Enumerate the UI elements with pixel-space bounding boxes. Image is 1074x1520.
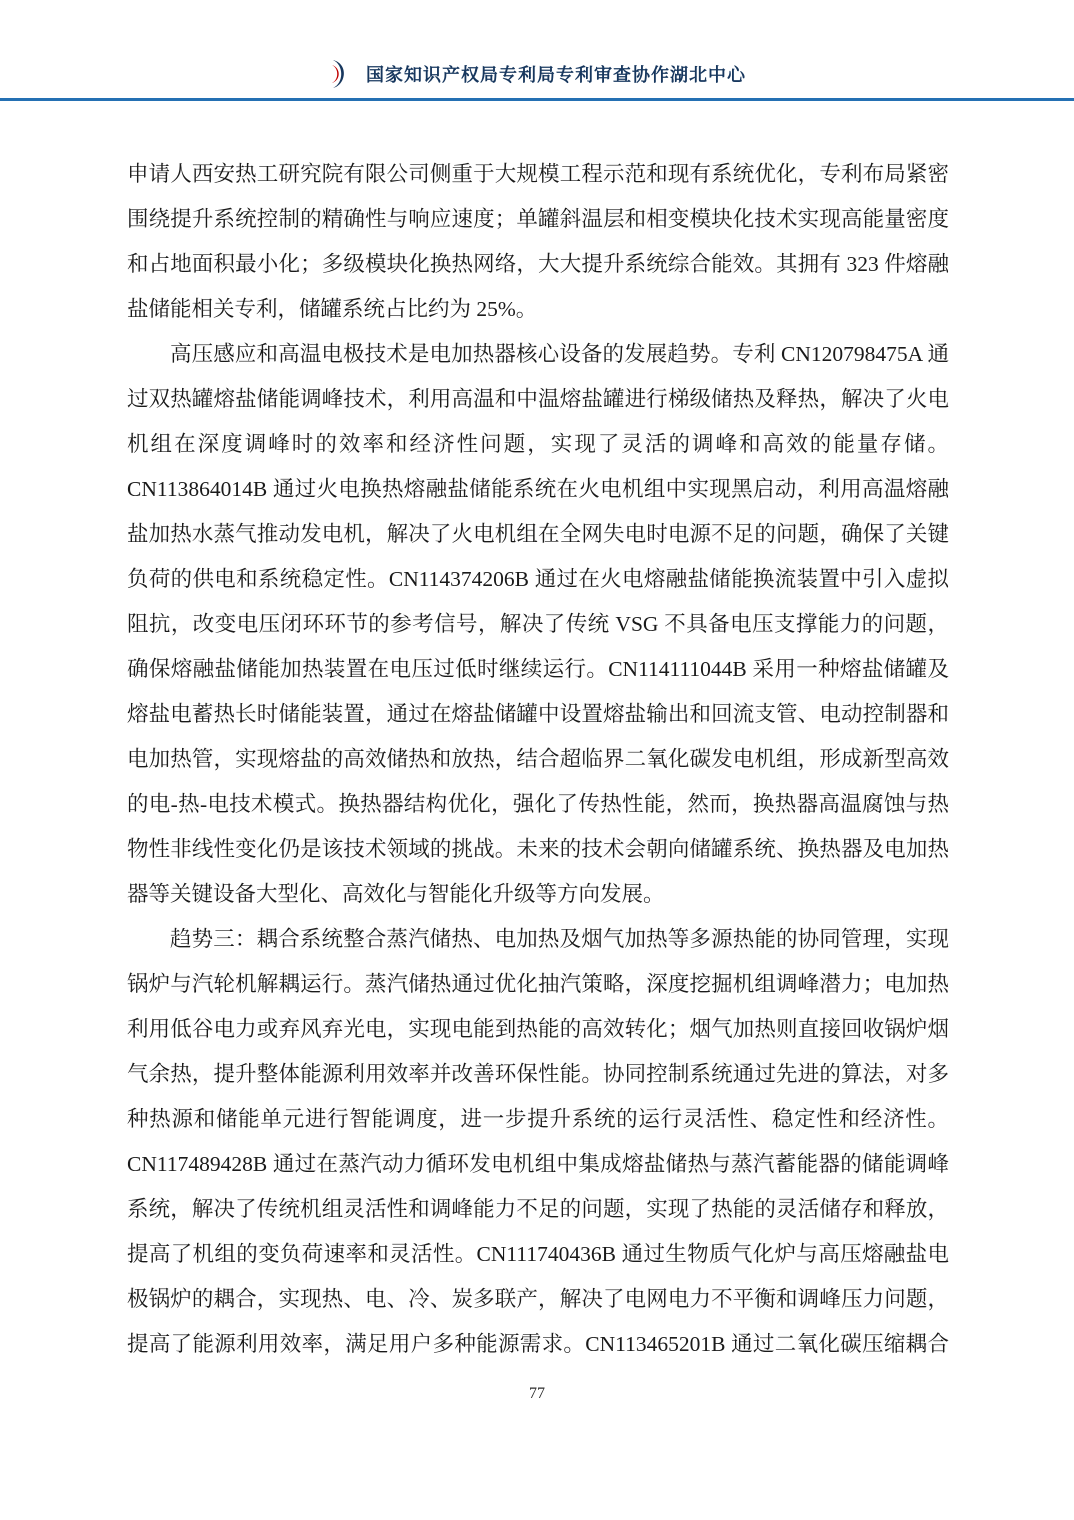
document-page: 国家知识产权局专利局专利审查协作湖北中心 申请人西安热工研究院有限公司侧重于大规…	[0, 0, 1074, 1520]
text-line: 申请人西安热工研究院有限公司侧重于大规模工程示范和现有系统优化，专利布局紧密	[127, 152, 949, 197]
text-line: 负荷的供电和系统稳定性。CN114374206B 通过在火电熔融盐储能换流装置中…	[127, 557, 949, 602]
text-line: 围绕提升系统控制的精确性与响应速度；单罐斜温层和相变模块化技术实现高能量密度	[127, 197, 949, 242]
text-line: 过双热罐熔盐储能调峰技术，利用高温和中温熔盐罐进行梯级储热及释热，解决了火电	[127, 377, 949, 422]
text-line: 提高了机组的变负荷速率和灵活性。CN111740436B 通过生物质气化炉与高压…	[127, 1232, 949, 1277]
page-number: 77	[529, 1385, 545, 1402]
header-divider-rule	[0, 98, 1074, 101]
header-org-name: 国家知识产权局专利局专利审查协作湖北中心	[366, 61, 746, 87]
text-line: 盐加热水蒸气推动发电机，解决了火电机组在全网失电时电源不足的问题，确保了关键	[127, 512, 949, 557]
text-line: 机组在深度调峰时的效率和经济性问题，实现了灵活的调峰和高效的能量存储。	[127, 422, 949, 467]
text-line: 阻抗，改变电压闭环环节的参考信号，解决了传统 VSG 不具备电压支撑能力的问题，	[127, 602, 949, 647]
text-line: 盐储能相关专利，储罐系统占比约为 25%。	[127, 287, 949, 332]
text-line: 锅炉与汽轮机解耦运行。蒸汽储热通过优化抽汽策略，深度挖掘机组调峰潜力；电加热	[127, 962, 949, 1007]
text-line: 利用低谷电力或弃风弃光电，实现电能到热能的高效转化；烟气加热则直接回收锅炉烟	[127, 1007, 949, 1052]
text-line: 确保熔融盐储能加热装置在电压过低时继续运行。CN114111044B 采用一种熔…	[127, 647, 949, 692]
text-line: CN113864014B 通过火电换热熔融盐储能系统在火电机组中实现黑启动，利用…	[127, 467, 949, 512]
cnipa-swoosh-logo-icon	[328, 59, 350, 89]
paragraph: 高压感应和高温电极技术是电加热器核心设备的发展趋势。专利 CN120798475…	[127, 332, 949, 917]
text-line: 系统，解决了传统机组灵活性和调峰能力不足的问题，实现了热能的灵活储存和释放，	[127, 1187, 949, 1232]
text-line: 物性非线性变化仍是该技术领域的挑战。未来的技术会朝向储罐系统、换热器及电加热	[127, 827, 949, 872]
text-line: 的电-热-电技术模式。换热器结构优化，强化了传热性能，然而，换热器高温腐蚀与热	[127, 782, 949, 827]
paragraph: 申请人西安热工研究院有限公司侧重于大规模工程示范和现有系统优化，专利布局紧密围绕…	[127, 152, 949, 332]
text-line: 气余热，提升整体能源利用效率并改善环保性能。协同控制系统通过先进的算法，对多	[127, 1052, 949, 1097]
text-line: CN117489428B 通过在蒸汽动力循环发电机组中集成熔盐储热与蒸汽蓄能器的…	[127, 1142, 949, 1187]
text-line: 电加热管，实现熔盐的高效储热和放热，结合超临界二氧化碳发电机组，形成新型高效	[127, 737, 949, 782]
text-line: 器等关键设备大型化、高效化与智能化升级等方向发展。	[127, 872, 949, 917]
document-body: 申请人西安热工研究院有限公司侧重于大规模工程示范和现有系统优化，专利布局紧密围绕…	[127, 152, 949, 1367]
text-line: 极锅炉的耦合，实现热、电、冷、炭多联产，解决了电网电力不平衡和调峰压力问题，	[127, 1277, 949, 1322]
header-content: 国家知识产权局专利局专利审查协作湖北中心	[0, 59, 1074, 89]
text-line: 种热源和储能单元进行智能调度，进一步提升系统的运行灵活性、稳定性和经济性。	[127, 1097, 949, 1142]
text-line: 提高了能源利用效率，满足用户多种能源需求。CN113465201B 通过二氧化碳…	[127, 1322, 949, 1367]
paragraph: 趋势三：耦合系统整合蒸汽储热、电加热及烟气加热等多源热能的协同管理，实现锅炉与汽…	[127, 917, 949, 1367]
page-footer: 77	[0, 1385, 1074, 1403]
text-line: 和占地面积最小化；多级模块化换热网络，大大提升系统综合能效。其拥有 323 件熔…	[127, 242, 949, 287]
text-line: 趋势三：耦合系统整合蒸汽储热、电加热及烟气加热等多源热能的协同管理，实现	[127, 917, 949, 962]
text-line: 熔盐电蓄热长时储能装置，通过在熔盐储罐中设置熔盐输出和回流支管、电动控制器和	[127, 692, 949, 737]
page-header: 国家知识产权局专利局专利审查协作湖北中心	[0, 0, 1074, 101]
text-line: 高压感应和高温电极技术是电加热器核心设备的发展趋势。专利 CN120798475…	[127, 332, 949, 377]
